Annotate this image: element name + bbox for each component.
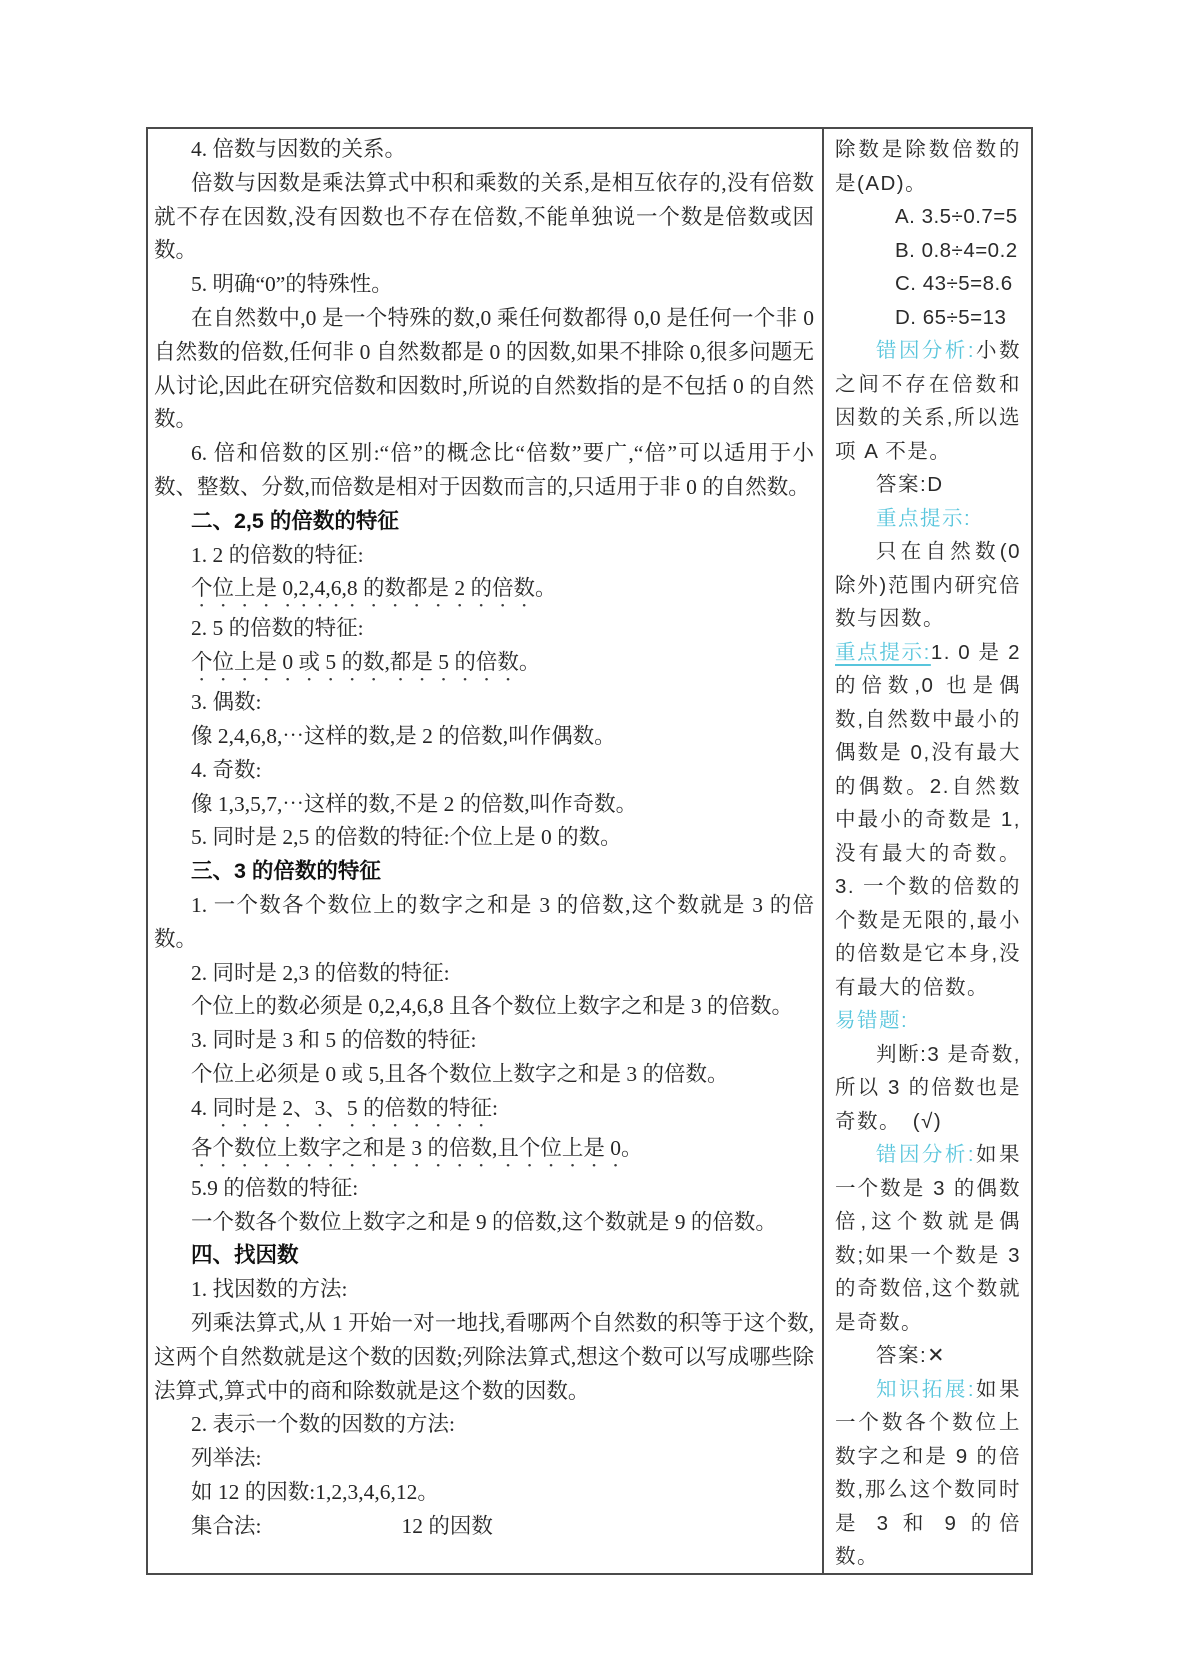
- key-hint: 重点提示:1. 0 是 2 的倍数,0 也是偶数,自然数中最小的偶数是 0,没有…: [835, 636, 1021, 1005]
- set-method-line: 集合法:12 的因数: [154, 1510, 814, 1544]
- paragraph: 2. 5 的倍数的特征:: [154, 612, 814, 646]
- callout-label: 易错题:: [835, 1009, 908, 1032]
- emphasized-text: 个位上是 0,2,4,6,8 的数都是 2 的倍数。: [191, 576, 557, 600]
- paragraph: 3. 偶数:: [154, 686, 814, 720]
- knowledge-table: 4. 倍数与因数的关系。 倍数与因数是乘法算式中积和乘数的关系,是相互依存的,没…: [146, 127, 1033, 1575]
- paragraph: 个位上必须是 0 或 5,且各个数位上数字之和是 3 的倍数。: [154, 1058, 814, 1092]
- emphasized-text: 同时是 2、3、5 的倍数的特征:: [212, 1096, 497, 1120]
- callout-label: 重点提示:: [876, 507, 971, 530]
- item-number: 4.: [191, 1096, 213, 1120]
- paragraph: 2. 同时是 2,3 的倍数的特征:: [154, 957, 814, 991]
- paragraph: 3. 同时是 3 和 5 的倍数的特征:: [154, 1024, 814, 1058]
- error-analysis: 错因分析:如果一个数是 3 的偶数倍,这个数就是偶数;如果一个数是 3 的奇数倍…: [835, 1138, 1021, 1339]
- option-c: C. 43÷5=8.6: [895, 267, 1021, 301]
- callout-text: 如果一个数是 3 的偶数倍,这个数就是偶数;如果一个数是 3 的奇数倍,这个数就…: [835, 1143, 1021, 1334]
- paragraph: 一个数各个数位上数字之和是 9 的倍数,这个数就是 9 的倍数。: [154, 1206, 814, 1240]
- paragraph: 个位上的数必须是 0,2,4,6,8 且各个数位上数字之和是 3 的倍数。: [154, 990, 814, 1024]
- paragraph: 6. 倍和倍数的区别:“倍”的概念比“倍数”要广,“倍”可以适用于小数、整数、分…: [154, 437, 814, 505]
- paragraph: 列乘法算式,从 1 开始一对一地找,看哪两个自然数的积等于这个数,这两个自然数就…: [154, 1307, 814, 1408]
- paragraph: 1. 一个数各个数位上的数字之和是 3 的倍数,这个数就是 3 的倍数。: [154, 889, 814, 957]
- paragraph: 5. 同时是 2,5 的倍数的特征:个位上是 0 的数。: [154, 821, 814, 855]
- knowledge-extension: 知识拓展:如果一个数各个数位上数字之和是 9 的倍数,那么这个数同时是 3 和 …: [835, 1373, 1021, 1574]
- callout-label: 重点提示:: [835, 641, 931, 664]
- answer-line: 答案:D: [835, 468, 1021, 502]
- emphasized-rule: 各个数位上数字之和是 3 的倍数,且个位上是 0。: [154, 1132, 814, 1172]
- paragraph: 2. 表示一个数的因数的方法:: [154, 1408, 814, 1442]
- callout-label: 知识拓展:: [876, 1378, 975, 1401]
- question-text: 除数是除数倍数的是(AD)。: [835, 133, 1021, 200]
- paragraph: 1. 找因数的方法:: [154, 1273, 814, 1307]
- textbook-page: 4. 倍数与因数的关系。 倍数与因数是乘法算式中积和乘数的关系,是相互依存的,没…: [0, 0, 1183, 1671]
- paragraph: 5. 明确“0”的特殊性。: [154, 268, 814, 302]
- callout-text: 如果一个数各个数位上数字之和是 9 的倍数,那么这个数同时是 3 和 9 的倍数…: [835, 1378, 1021, 1569]
- side-column: 除数是除数倍数的是(AD)。 A. 3.5÷0.7=5 B. 0.8÷4=0.2…: [824, 129, 1031, 1573]
- paragraph: 1. 2 的倍数的特征:: [154, 539, 814, 573]
- callout-text: 1. 0 是 2 的倍数,0 也是偶数,自然数中最小的偶数是 0,没有最大的偶数…: [835, 641, 1021, 999]
- paragraph: 4. 倍数与因数的关系。: [154, 133, 814, 167]
- error-analysis: 错因分析:小数之间不存在倍数和因数的关系,所以选项 A 不是。: [835, 334, 1021, 468]
- emphasized-rule: 4. 同时是 2、3、5 的倍数的特征:: [154, 1092, 814, 1132]
- section-heading-3-multiples: 三、3 的倍数的特征: [154, 855, 814, 889]
- paragraph: 如 12 的因数:1,2,3,4,6,12。: [154, 1476, 814, 1510]
- set-diagram-title: 12 的因数: [401, 1514, 492, 1538]
- paragraph: 4. 奇数:: [154, 754, 814, 788]
- emphasized-text: 各个数位上数字之和是 3 的倍数,且个位上是 0。: [191, 1136, 643, 1160]
- section-heading-2-5-multiples: 二、2,5 的倍数的特征: [154, 505, 814, 539]
- key-hint: 重点提示:: [835, 502, 1021, 536]
- emphasized-rule: 个位上是 0,2,4,6,8 的数都是 2 的倍数。: [154, 572, 814, 612]
- answer-line: 答案:✕: [835, 1339, 1021, 1373]
- paragraph: 列举法:: [154, 1442, 814, 1476]
- key-hint-text: 只在自然数(0 除外)范围内研究倍数与因数。: [835, 535, 1021, 636]
- error-prone-question: 易错题:: [835, 1004, 1021, 1038]
- option-a: A. 3.5÷0.7=5: [895, 200, 1021, 234]
- paragraph: 5.9 的倍数的特征:: [154, 1172, 814, 1206]
- paragraph: 倍数与因数是乘法算式中积和乘数的关系,是相互依存的,没有倍数就不存在因数,没有因…: [154, 167, 814, 268]
- paragraph: 在自然数中,0 是一个特殊的数,0 乘任何数都得 0,0 是任何一个非 0 自然…: [154, 302, 814, 437]
- option-d: D. 65÷5=13: [895, 301, 1021, 335]
- paragraph: 像 1,3,5,7,⋯这样的数,不是 2 的倍数,叫作奇数。: [154, 788, 814, 822]
- emphasized-rule: 个位上是 0 或 5 的数,都是 5 的倍数。: [154, 646, 814, 686]
- callout-label: 错因分析:: [876, 1143, 975, 1166]
- paragraph: 像 2,4,6,8,⋯这样的数,是 2 的倍数,叫作偶数。: [154, 720, 814, 754]
- section-heading-find-factors: 四、找因数: [154, 1239, 814, 1273]
- main-column: 4. 倍数与因数的关系。 倍数与因数是乘法算式中积和乘数的关系,是相互依存的,没…: [148, 129, 824, 1573]
- judgement-text: 判断:3 是奇数,所以 3 的倍数也是奇数。 (√): [835, 1038, 1021, 1139]
- set-method-label: 集合法:: [191, 1514, 261, 1538]
- option-b: B. 0.8÷4=0.2: [895, 234, 1021, 268]
- callout-label: 错因分析:: [876, 339, 975, 362]
- emphasized-text: 个位上是 0 或 5 的数,都是 5 的倍数。: [191, 650, 540, 674]
